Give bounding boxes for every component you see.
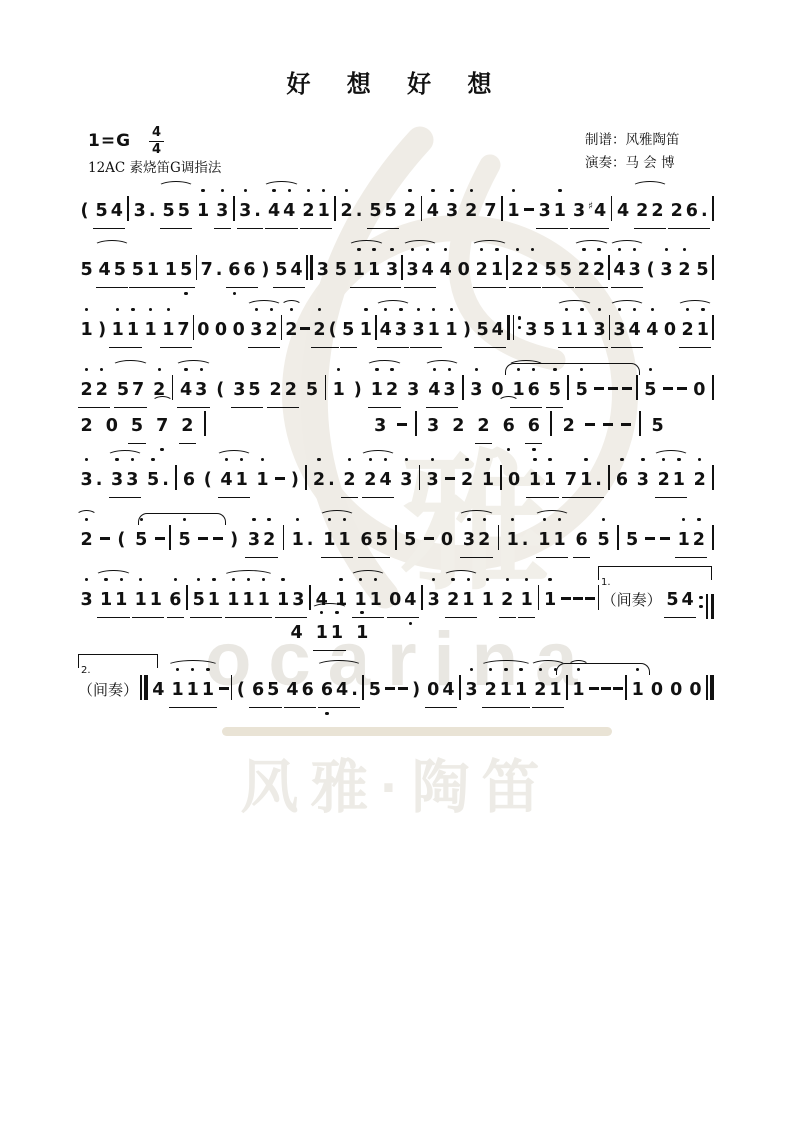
barline-stroke (507, 315, 510, 340)
slur-arc (360, 450, 396, 462)
dash-note (621, 423, 631, 426)
octave-dot-above (174, 578, 177, 581)
slur-arc (94, 240, 130, 252)
octave-dot-above (431, 189, 434, 192)
note-group: 54 (273, 253, 305, 288)
octave-dot-above (85, 308, 88, 311)
repeat-dots (699, 596, 702, 609)
note-group: 4 (150, 673, 167, 707)
octave-dot-above (677, 458, 680, 461)
note: 3 (659, 253, 674, 287)
barline (309, 580, 311, 605)
volta-bracket: 1. (598, 566, 712, 580)
octave-dot-above (158, 368, 161, 371)
note-group: 2. (338, 194, 365, 228)
octave-dot-above (470, 189, 473, 192)
note-group: 11 (132, 583, 164, 618)
barline-stroke (566, 675, 568, 700)
note-group: 6 (180, 463, 197, 497)
note: . (253, 194, 263, 228)
note-group: 3 (425, 409, 442, 443)
note: 6 (300, 673, 315, 707)
time-signature-denominator: 4 (152, 142, 161, 157)
barline-stroke (140, 675, 142, 700)
note-group: 3 (634, 463, 651, 497)
octave-dot-above (531, 248, 534, 251)
note: 3 (373, 409, 388, 443)
fingering-note: 12AC 素烧笛G调指法 (88, 156, 221, 176)
barline-stroke (362, 675, 364, 700)
note-group: 3 (398, 463, 415, 497)
barline (419, 460, 421, 485)
barline-stroke (419, 465, 421, 490)
barline-stroke (636, 375, 638, 400)
dash-note (573, 597, 583, 600)
octave-dot-above (85, 458, 88, 461)
note: 1 (234, 463, 249, 497)
octave-dot-above (206, 668, 209, 671)
note: 5 (79, 253, 94, 287)
note: 1 (444, 313, 459, 347)
octave-dot-above (683, 248, 686, 251)
note: 2 (691, 523, 706, 557)
note-group: 04 (425, 673, 457, 708)
notation-line-1: (543.55133.44212.55243271313♯442226. (78, 190, 714, 224)
note: 5 (274, 253, 289, 287)
dash-note (100, 537, 110, 540)
octave-dot-above (665, 248, 668, 251)
barline (362, 670, 364, 695)
octave-dot-above (212, 578, 215, 581)
note: 2 (79, 373, 94, 407)
dash-note (213, 537, 223, 540)
note-group: 22 (267, 373, 299, 408)
dash-note (677, 387, 687, 390)
octave-dot-above (465, 458, 468, 461)
note: 2 (476, 409, 491, 443)
note-group: 5 (78, 253, 95, 287)
notation-line-10: 2.（间奏）4111(654664.5)0432112111000 (78, 670, 714, 704)
note: 2 (692, 463, 707, 497)
note: 3 (79, 463, 94, 497)
note: 2 (510, 253, 525, 287)
barline (140, 670, 148, 695)
octave-dot-above (584, 458, 587, 461)
barline-stroke (513, 315, 515, 340)
note-group: 21 (532, 673, 564, 708)
note: 4 (378, 463, 393, 497)
credits: 制谱：风雅陶笛 演奏：马 会 博 (585, 129, 680, 175)
note: . (305, 523, 315, 557)
note: 2 (262, 523, 277, 557)
note: 5 (130, 253, 145, 287)
note-group: 5 (623, 523, 640, 557)
note-group: 1 (518, 583, 535, 618)
note-group: 32 (245, 523, 277, 558)
note-group: 51 (129, 253, 161, 288)
slur-arc (653, 450, 689, 462)
note-group: 0 (668, 673, 685, 707)
note: 2 (500, 583, 515, 617)
barline-stroke (608, 255, 610, 280)
note-group: 21 (679, 313, 711, 348)
octave-dot-below (507, 448, 510, 451)
note-group: 4 (288, 616, 305, 650)
barline-stroke (459, 675, 461, 700)
octave-dot-above (417, 308, 420, 311)
note-group: 55 (367, 194, 399, 229)
note: 1 (559, 313, 574, 347)
note: 0 (388, 583, 403, 617)
note: 1 (163, 253, 178, 287)
note-group: 46 (284, 673, 316, 708)
barline (196, 250, 198, 275)
note: 3 (132, 194, 147, 228)
note: 2 (474, 253, 489, 287)
slur-arc (216, 450, 252, 462)
note: 3 (469, 373, 484, 407)
note: 3 (393, 313, 408, 347)
note-group: 2 (283, 313, 300, 347)
barline-stroke (550, 411, 552, 436)
note-group: 1 (254, 463, 271, 497)
note-group: 45 (96, 253, 128, 288)
note: 1 (426, 313, 441, 347)
dash-note (524, 208, 534, 211)
note: 1 (200, 673, 215, 707)
barline-stroke (712, 315, 714, 340)
octave-dot-above (348, 458, 351, 461)
note-group: 1 (505, 194, 522, 228)
note-group: 43 (377, 313, 409, 348)
note-group: 3 (468, 373, 485, 407)
note-group: 7 (482, 194, 499, 228)
barline (415, 406, 417, 431)
note-group: 21 (473, 253, 505, 288)
note-group: 04 (387, 583, 419, 618)
barline-stroke (306, 255, 308, 280)
note-group: 2 (458, 463, 475, 497)
credit-performer: 演奏：马 会 博 (585, 152, 680, 175)
note: 2 (464, 194, 479, 228)
note: 2 (656, 463, 671, 497)
note: 4 (109, 194, 124, 228)
dash-note (589, 687, 599, 690)
note: ♯4 (587, 190, 608, 228)
note-group: ( (115, 523, 128, 557)
note-group: 3 (523, 313, 540, 347)
note: 4 (151, 673, 166, 707)
note: 4 (441, 673, 456, 707)
slur-arc (609, 240, 645, 252)
note-group: ) (228, 523, 241, 557)
octave-dot-above (697, 518, 700, 521)
note-group: 5 (340, 313, 357, 348)
note: . (214, 253, 224, 287)
note: 6 (501, 409, 516, 443)
note: 6 (227, 253, 242, 287)
note: 1 (489, 253, 504, 287)
octave-dot-above (620, 458, 623, 461)
sharp-sign: ♯ (588, 201, 593, 212)
note: 1 (505, 523, 520, 557)
barline (421, 191, 423, 216)
barline-stroke (421, 196, 423, 221)
note: . (147, 194, 157, 228)
note: 5 (643, 373, 658, 407)
note: 5 (179, 253, 194, 287)
barline-stroke (172, 375, 174, 400)
note: 7 (155, 409, 170, 443)
volta-label: 2. (81, 654, 91, 688)
slur-arc (498, 396, 519, 408)
note-group: 6 (500, 409, 517, 443)
volta-label: 1. (601, 566, 611, 600)
octave-dot-above (701, 308, 704, 311)
note: 0 (688, 673, 703, 707)
note-group: 11 (313, 616, 345, 651)
note-group: 26. (668, 194, 710, 229)
note: 2 (402, 194, 417, 228)
barline-stroke (538, 585, 540, 610)
barline (395, 520, 397, 545)
octave-dot-above (85, 578, 88, 581)
barline (712, 460, 714, 485)
octave-dot-above (197, 578, 200, 581)
dash-note (275, 477, 285, 480)
note-group: 5 (176, 523, 193, 557)
dash-note (613, 687, 623, 690)
note: . (161, 463, 171, 497)
note-group: 55 (160, 194, 192, 229)
note: 4 (490, 313, 505, 347)
note-group: 34 (611, 313, 643, 348)
note: 5 (129, 409, 144, 443)
interlude-label: （间奏） (602, 583, 662, 617)
octave-dot-above (486, 578, 489, 581)
note-group: 2 (78, 523, 95, 557)
note-group: 32 (248, 313, 280, 348)
barline-stroke (712, 465, 714, 490)
note: 3 (461, 523, 476, 557)
barline (306, 250, 314, 275)
note-group: 1 (479, 463, 496, 497)
note-group: 1 (443, 313, 460, 347)
note-group: 43 (426, 373, 458, 408)
note: 3 (406, 373, 421, 407)
note: 1 (195, 194, 210, 228)
note: 3 (125, 463, 140, 497)
dash-note (594, 387, 604, 390)
note-group: 2 (463, 194, 480, 228)
note: 5 (695, 253, 710, 287)
octave-dot-above (116, 308, 119, 311)
note: 2 (284, 313, 299, 347)
note: 4 (97, 253, 112, 287)
dash-note (645, 537, 655, 540)
octave-dot-below (160, 448, 163, 451)
barline (598, 580, 600, 605)
octave-dot-above (85, 368, 88, 371)
barline (698, 589, 713, 614)
note: 1 (676, 523, 691, 557)
barline-stroke (175, 465, 177, 490)
note-group: 3 (443, 194, 460, 228)
notation-line-3: 1)111170003222(5143311)5435113344021 (78, 310, 714, 344)
note-group: 4 (437, 253, 454, 287)
note: 1 (498, 673, 513, 707)
note: 2 (283, 373, 298, 407)
note: 1 (148, 583, 163, 617)
dash-note (561, 597, 571, 600)
note-group: 2 (450, 409, 467, 443)
note: 2 (525, 253, 540, 287)
note: 4 (438, 253, 453, 287)
note: 1 (537, 523, 552, 557)
note: ) (289, 463, 300, 497)
note-group: 12 (368, 373, 400, 408)
note: ( (327, 313, 338, 347)
note-group: 3 (463, 673, 480, 707)
note-group: 3 (425, 583, 442, 617)
note-group: 11 (526, 463, 558, 498)
note: 5 (596, 523, 611, 557)
note: 2 (459, 463, 474, 497)
note: 1 (506, 194, 521, 228)
barline-stroke (401, 255, 403, 280)
note: 1 (241, 583, 256, 617)
note-group: 1 (354, 616, 371, 650)
octave-dot-below (325, 712, 328, 715)
note: 2 (561, 409, 576, 443)
note: 3 (635, 463, 650, 497)
notation-line-5: 2057233226625 (78, 406, 714, 440)
barline (617, 520, 619, 545)
note: 3 (110, 463, 125, 497)
note-group: 22 (509, 253, 541, 288)
note-group: 0 (438, 523, 455, 557)
octave-dot-above (345, 189, 348, 192)
octave-dot-above (149, 308, 152, 311)
note-group: 1 (194, 194, 211, 228)
note-group: 32 (460, 523, 492, 558)
note-group: 111 (169, 673, 217, 708)
note: 1 (337, 523, 352, 557)
barline-stroke (506, 255, 508, 280)
note: 1 (143, 313, 158, 347)
dash-note (398, 687, 408, 690)
note: 2 (79, 523, 94, 557)
note: 3 (79, 583, 94, 617)
note-group: 21 (655, 463, 687, 498)
octave-dot-above (504, 668, 507, 671)
note: 5 (134, 523, 149, 557)
note: 1 (206, 583, 221, 617)
barline-stroke (712, 255, 714, 280)
note: 1 (185, 673, 200, 707)
note: 6 (250, 673, 265, 707)
octave-dot-above (649, 368, 652, 371)
note: . (699, 194, 709, 228)
note-group: 2 (179, 409, 196, 444)
note: 0 (692, 373, 707, 407)
sheet-music-page: 雅 ocarina 风雅·陶笛 好 想 好 想 1=G 4 4 12AC 素烧笛… (0, 0, 792, 1121)
barline-stroke (706, 675, 708, 700)
brand-watermark: 风雅·陶笛 (0, 740, 792, 824)
note: ) (411, 673, 422, 707)
barline (712, 370, 714, 395)
note: 2 (264, 313, 279, 347)
note-group: 4 (424, 194, 441, 228)
note: 5 (304, 373, 319, 407)
note-group: 31 (410, 313, 442, 348)
note: 4 (627, 313, 642, 347)
note-group: 54 (664, 583, 696, 618)
barline (639, 406, 641, 431)
key-time-signature: 1=G 4 4 (88, 126, 164, 156)
octave-dot-above (475, 368, 478, 371)
note: 4 (282, 194, 297, 228)
notation-line-9: 4111 (78, 616, 792, 650)
note-group: ( (234, 673, 247, 707)
note-group: 3 (383, 253, 400, 288)
slur-arc (424, 360, 460, 372)
note: 3 (399, 463, 414, 497)
octave-dot-above (339, 578, 342, 581)
barline-stroke (625, 675, 627, 700)
note: 5 (112, 253, 127, 287)
note-group: 55 (542, 253, 574, 288)
note: 1 (480, 463, 495, 497)
slur-arc (458, 510, 494, 522)
note: 1 (552, 523, 567, 557)
note: 4 (425, 194, 440, 228)
note-group: 1 (541, 583, 558, 617)
note-group: 11 (109, 313, 141, 348)
note-group: 65 (249, 673, 281, 708)
note-group: 11 (352, 583, 384, 618)
barline-stroke (598, 585, 600, 610)
repeat-dots (518, 316, 521, 329)
note-group: 0 (195, 313, 212, 347)
barline (538, 580, 540, 605)
barline-stroke (415, 411, 417, 436)
note: 5 (665, 583, 680, 617)
note-group: 21 (445, 583, 477, 618)
dash-note (424, 537, 434, 540)
note: 6 (359, 523, 374, 557)
octave-dot-above (252, 518, 255, 521)
octave-dot-above (244, 189, 247, 192)
note-group: 3. (78, 463, 105, 497)
song-title: 好 想 好 想 (0, 64, 792, 99)
note: 3 (571, 194, 586, 228)
octave-dot-above (516, 248, 519, 251)
note: 1 (276, 583, 291, 617)
note-group: 22 (634, 194, 666, 229)
barline-stroke (501, 196, 503, 221)
barline-stroke (186, 585, 188, 610)
note: 2 (312, 313, 327, 347)
note-group: 65 (358, 523, 390, 558)
slur-arc (316, 660, 362, 672)
note: 0 (456, 253, 471, 287)
note: 2 (79, 409, 94, 443)
slur-arc (152, 396, 173, 408)
barline-stroke (283, 525, 285, 550)
slur-arc (471, 240, 507, 252)
slur-arc (107, 450, 143, 462)
